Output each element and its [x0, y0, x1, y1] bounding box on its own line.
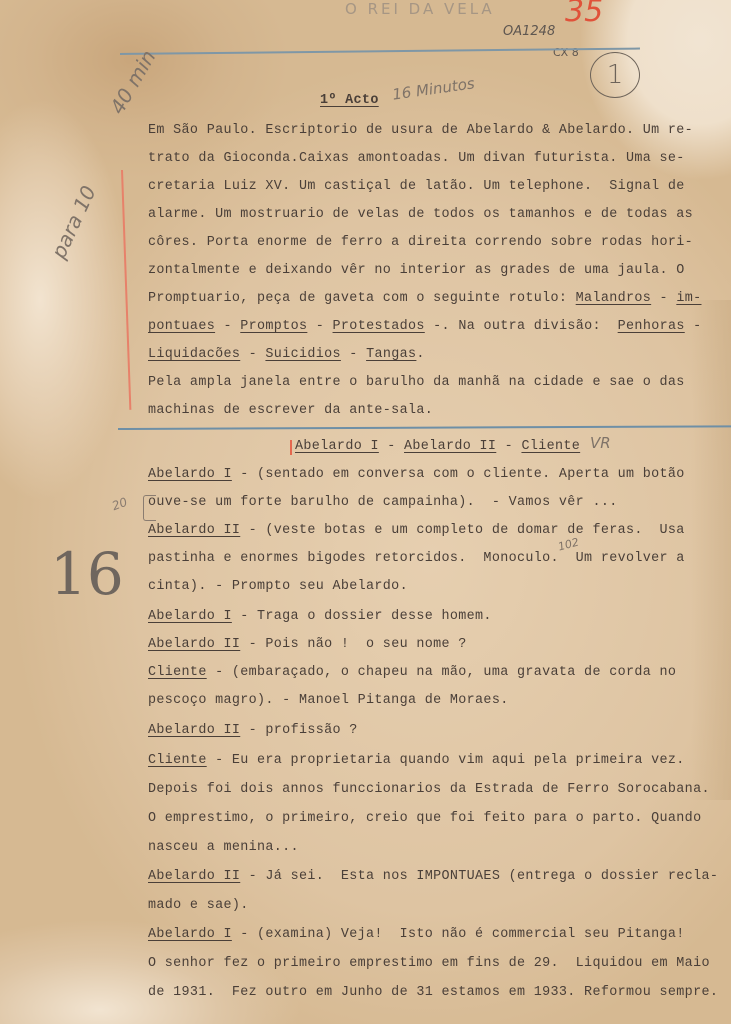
labels-mid-text: -. Na outra divisão: — [425, 319, 618, 334]
speaker: Abelardo I — [148, 467, 232, 482]
dialogue-text: - (veste botas e um completo de domar de… — [240, 523, 684, 538]
pencil-cast-mark: VR — [590, 434, 611, 452]
labels-line: pontuaes - Promptos - Protestados -. Na … — [148, 319, 702, 334]
dialogue-line: mado e sae). — [148, 898, 249, 913]
cast-cliente: Cliente — [521, 439, 580, 454]
dialogue-line: Abelardo II - (veste botas e um completo… — [148, 523, 685, 538]
dialogue-line: pastinha e enormes bigodes retorcidos. M… — [148, 551, 685, 566]
cast-abelardo-ii: Abelardo II — [404, 439, 496, 454]
pencil-margin-number: 16 — [50, 540, 124, 608]
dialogue-line: Abelardo I - (sentado em conversa com o … — [148, 467, 685, 482]
dialogue-line: Abelardo II - Pois não ! o seu nome ? — [148, 637, 467, 652]
pencil-title-annotation: O REI DA VELA — [345, 0, 495, 18]
speaker: Abelardo II — [148, 523, 240, 538]
dialogue-line: Abelardo I - Traga o dossier desse homem… — [148, 609, 492, 624]
drawer-label-liquidacoes: Liquidacões — [148, 347, 240, 362]
circled-page-number-text: 1 — [607, 60, 624, 90]
dialogue-line: O senhor fez o primeiro emprestimo em fi… — [148, 956, 710, 971]
dialogue-line: O emprestimo, o primeiro, creio que foi … — [148, 811, 701, 826]
speaker: Abelardo I — [148, 609, 232, 624]
dialogue-text: - Já sei. Esta nos IMPONTUAES (entrega o… — [240, 869, 718, 884]
dialogue-line: Abelardo II - Já sei. Esta nos IMPONTUAE… — [148, 869, 718, 884]
dialogue-text: - Eu era proprietaria quando vim aqui pe… — [207, 753, 685, 768]
speaker: Cliente — [148, 665, 207, 680]
separator: - — [651, 291, 676, 306]
speaker: Abelardo II — [148, 723, 240, 738]
promptuario-prefix: Promptuario, peça de gaveta com o seguin… — [148, 291, 576, 306]
dialogue-line: nasceu a menina... — [148, 840, 299, 855]
promptuario-line: Promptuario, peça de gaveta com o seguin… — [148, 291, 702, 306]
speaker: Abelardo I — [148, 927, 232, 942]
drawer-label-penhoras: Penhoras — [618, 319, 685, 334]
separator: - — [240, 347, 265, 362]
dialogue-text: - (sentado em conversa com o cliente. Ap… — [232, 467, 685, 482]
dialogue-text: - (embaraçado, o chapeu na mão, uma grav… — [207, 665, 677, 680]
speaker: Cliente — [148, 753, 207, 768]
separator: - — [496, 439, 521, 454]
dialogue-line: pescoço magro). - Manoel Pitanga de Mora… — [148, 693, 509, 708]
archive-code: OA1248 — [503, 24, 555, 39]
dialogue-text: - Traga o dossier desse homem. — [232, 609, 492, 624]
drawer-label-protestados: Protestados — [333, 319, 425, 334]
circled-page-number: 1 — [590, 52, 640, 98]
dialogue-text: - Pois não ! o seu nome ? — [240, 637, 466, 652]
labels-line: Liquidacões - Suicidios - Tangas. — [148, 347, 425, 362]
separator: - — [685, 319, 702, 334]
drawer-label-suicidios: Suicidios — [265, 347, 340, 362]
dialogue-line: Cliente - Eu era proprietaria quando vim… — [148, 753, 685, 768]
drawer-label-impontuaes-part2: pontuaes — [148, 319, 215, 334]
stage-direction-line: trato da Gioconda.Caixas amontoadas. Um … — [148, 151, 685, 166]
cast-abelardo-i: Abelardo I — [295, 439, 379, 454]
dialogue-line: Abelardo I - (examina) Veja! Isto não é … — [148, 927, 685, 942]
separator: - — [341, 347, 366, 362]
separator: - — [307, 319, 332, 334]
act-heading: 1º Acto — [320, 93, 379, 108]
cast-list: Abelardo I - Abelardo II - Cliente — [295, 439, 580, 454]
stage-direction-line: alarme. Um mostruario de velas de todos … — [148, 207, 693, 222]
speaker: Abelardo II — [148, 869, 240, 884]
dialogue-line: Cliente - (embaraçado, o chapeu na mão, … — [148, 665, 676, 680]
closing-direction-line: machinas de escrever da ante-sala. — [148, 403, 433, 418]
dialogue-line: Abelardo II - profissão ? — [148, 723, 358, 738]
dialogue-line: ouve-se um forte barulho de campainha). … — [148, 495, 618, 510]
red-pencil-tick — [290, 440, 292, 455]
dialogue-text: - profissão ? — [240, 723, 357, 738]
closing-direction-line: Pela ampla janela entre o barulho da man… — [148, 375, 685, 390]
water-stain — [691, 300, 731, 800]
dialogue-line: de 1931. Fez outro em Junho de 31 estamo… — [148, 985, 718, 1000]
drawer-label-malandros: Malandros — [576, 291, 651, 306]
stage-direction-line: zontalmente e deixando vêr no interior a… — [148, 263, 685, 278]
period: . — [416, 347, 424, 362]
red-page-number: 35 — [565, 0, 603, 29]
stage-direction-line: côres. Porta enorme de ferro a direita c… — [148, 235, 693, 250]
drawer-label-tangas: Tangas — [366, 347, 416, 362]
drawer-label-impontuaes-part1: im- — [676, 291, 701, 306]
stage-direction-line: cretaria Luiz XV. Um castiçal de latão. … — [148, 179, 685, 194]
stage-direction-line: Em São Paulo. Escriptorio de usura de Ab… — [148, 123, 693, 138]
drawer-label-promptos: Promptos — [240, 319, 307, 334]
speaker: Abelardo II — [148, 637, 240, 652]
separator: - — [379, 439, 404, 454]
dialogue-line: Depois foi dois annos funccionarios da E… — [148, 782, 710, 797]
separator: - — [215, 319, 240, 334]
dialogue-line: cinta). - Prompto seu Abelardo. — [148, 579, 408, 594]
dialogue-text: - (examina) Veja! Isto não é commercial … — [232, 927, 685, 942]
